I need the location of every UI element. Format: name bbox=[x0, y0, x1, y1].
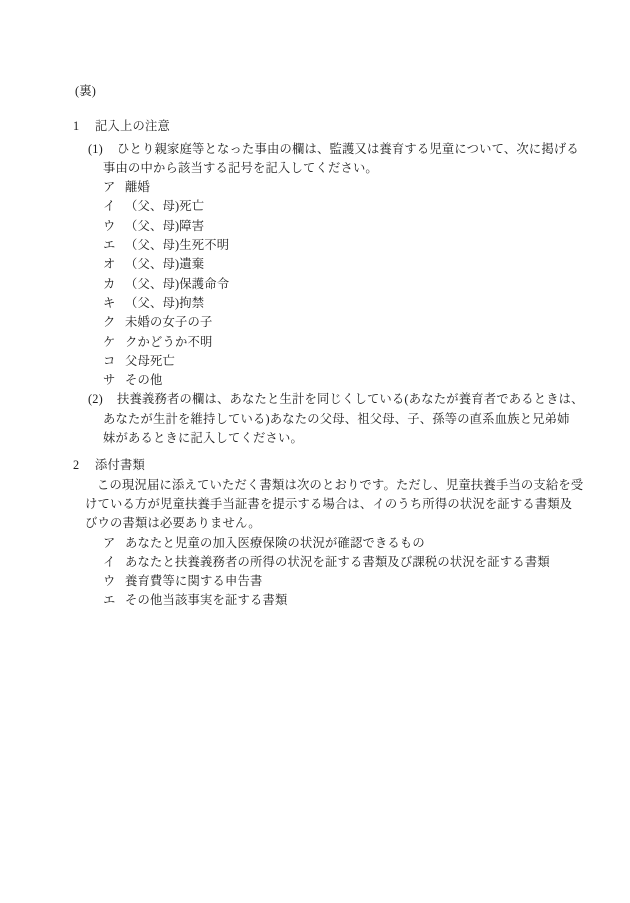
item-2-line-3: 妹があるときに記入してください。 bbox=[103, 429, 630, 448]
reason-label: ク bbox=[103, 313, 125, 332]
section-1-heading: 1記入上の注意 bbox=[73, 117, 630, 136]
reason-text: （父、母)死亡 bbox=[125, 199, 204, 213]
attachment-row: ウ養育費等に関する申告書 bbox=[103, 572, 630, 591]
reason-row: カ（父、母)保護命令 bbox=[103, 275, 630, 294]
reason-text: 父母死亡 bbox=[125, 354, 175, 368]
reason-text: （父、母)生死不明 bbox=[125, 238, 229, 252]
section-2-intro-line-1: この現況届に添えていただく書類は次のとおりです。ただし、児童扶養手当の支給を受 bbox=[97, 476, 630, 495]
reason-row: ケクかどうか不明 bbox=[103, 333, 630, 352]
reason-row: サその他 bbox=[103, 371, 630, 390]
section-1-title: 記入上の注意 bbox=[95, 119, 170, 133]
attachment-label: エ bbox=[103, 591, 125, 610]
attachment-label: ウ bbox=[103, 572, 125, 591]
reason-label: サ bbox=[103, 371, 125, 390]
reason-row: オ（父、母)遺棄 bbox=[103, 255, 630, 274]
item-1-number: (1) bbox=[88, 140, 117, 159]
reason-label: オ bbox=[103, 255, 125, 274]
reason-text: （父、母)拘禁 bbox=[125, 296, 204, 310]
item-2-text-line-1: 扶養義務者の欄は、あなたと生計を同じくしている(あなたが養育者であるときは、 bbox=[117, 392, 584, 406]
item-1-text-line-1: ひとり親家庭等となった事由の欄は、監護又は養育する児童について、次に掲げる bbox=[117, 142, 579, 156]
attachment-row: イあなたと扶養義務者の所得の状況を証する書類及び課税の状況を証する書類 bbox=[103, 553, 630, 572]
reason-label: キ bbox=[103, 294, 125, 313]
reason-label: カ bbox=[103, 275, 125, 294]
reason-row: ク未婚の女子の子 bbox=[103, 313, 630, 332]
reason-row: キ（父、母)拘禁 bbox=[103, 294, 630, 313]
section-2-title: 添付書類 bbox=[95, 458, 145, 472]
reason-text: 離婚 bbox=[125, 180, 150, 194]
reason-label: ア bbox=[103, 178, 125, 197]
attachment-text: あなたと扶養義務者の所得の状況を証する書類及び課税の状況を証する書類 bbox=[125, 555, 550, 569]
item-2-line-1: (2)扶養義務者の欄は、あなたと生計を同じくしている(あなたが養育者であるときは… bbox=[88, 390, 630, 409]
item-1-line-1: (1)ひとり親家庭等となった事由の欄は、監護又は養育する児童について、次に掲げる bbox=[88, 140, 630, 159]
reason-label: ウ bbox=[103, 217, 125, 236]
reason-text: （父、母)遺棄 bbox=[125, 257, 204, 271]
document-page: (裏) 1記入上の注意 (1)ひとり親家庭等となった事由の欄は、監護又は養育する… bbox=[0, 0, 630, 903]
reason-text: クかどうか不明 bbox=[125, 335, 212, 349]
attachment-text: その他当該事実を証する書類 bbox=[125, 593, 287, 607]
document-body: (裏) 1記入上の注意 (1)ひとり親家庭等となった事由の欄は、監護又は養育する… bbox=[0, 0, 630, 611]
attachment-text: 養育費等に関する申告書 bbox=[125, 574, 262, 588]
section-2-intro-line-2: けている方が児童扶養手当証書を提示する場合は、イのうち所得の状況を証する書類及 bbox=[85, 495, 630, 514]
section-2-heading: 2添付書類 bbox=[73, 456, 630, 475]
reason-row: ア離婚 bbox=[103, 178, 630, 197]
attachment-row: アあなたと児童の加入医療保険の状況が確認できるもの bbox=[103, 534, 630, 553]
reason-label: コ bbox=[103, 352, 125, 371]
reason-row: コ父母死亡 bbox=[103, 352, 630, 371]
item-1-line-2: 事由の中から該当する記号を記入してください。 bbox=[103, 159, 630, 178]
section-2-intro-line-3: びウの書類は必要ありません。 bbox=[85, 514, 630, 533]
item-2-number: (2) bbox=[88, 390, 117, 409]
attachment-label: ア bbox=[103, 534, 125, 553]
attachment-label: イ bbox=[103, 553, 125, 572]
reason-label: エ bbox=[103, 236, 125, 255]
reason-text: （父、母)保護命令 bbox=[125, 277, 229, 291]
section-1-number: 1 bbox=[73, 117, 95, 136]
reason-label: ケ bbox=[103, 333, 125, 352]
reason-row: イ（父、母)死亡 bbox=[103, 197, 630, 216]
reason-text: 未婚の女子の子 bbox=[125, 315, 212, 329]
attachment-row: エその他当該事実を証する書類 bbox=[103, 591, 630, 610]
page-side-label: (裏) bbox=[75, 82, 630, 101]
reason-row: エ（父、母)生死不明 bbox=[103, 236, 630, 255]
reason-row: ウ（父、母)障害 bbox=[103, 217, 630, 236]
section-2-number: 2 bbox=[73, 456, 95, 475]
reason-text: （父、母)障害 bbox=[125, 219, 204, 233]
reason-text: その他 bbox=[125, 373, 163, 387]
item-2-line-2: あなたが生計を維持している)あなたの父母、祖父母、子、孫等の直系血族と兄弟姉 bbox=[103, 410, 630, 429]
reason-label: イ bbox=[103, 197, 125, 216]
attachment-text: あなたと児童の加入医療保険の状況が確認できるもの bbox=[125, 536, 425, 550]
